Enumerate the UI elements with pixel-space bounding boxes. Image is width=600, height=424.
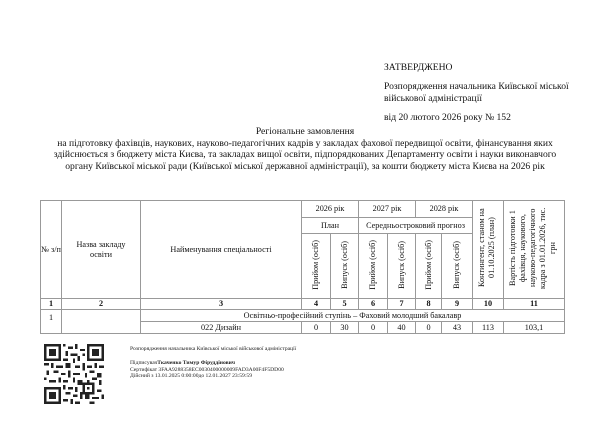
- col-num: 8: [416, 299, 442, 310]
- header-year-2027: 2027 рік: [359, 201, 416, 218]
- approval-date: від 20 лютого 2026 року № 152: [384, 112, 594, 123]
- header-forecast: Середньостроковий прогноз: [359, 218, 473, 234]
- document-title: Регіональне замовлення на підготовку фах…: [40, 126, 570, 172]
- header-graduation-2028: Випуск (осіб): [442, 234, 473, 299]
- qr-code-icon: [44, 344, 104, 404]
- col-num: 9: [442, 299, 473, 310]
- approval-order: Розпорядження начальника Київської міськ…: [384, 81, 594, 104]
- col-num: 6: [359, 299, 388, 310]
- row-section: Освітньо-професійний ступінь – Фаховий м…: [141, 310, 565, 322]
- header-contingent-label: Контингент, станом на 01.10.2025 (план): [477, 201, 499, 295]
- table-row: 1 Освітньо-професійний ступінь – Фаховий…: [41, 310, 565, 322]
- header-num: № з/п: [41, 201, 62, 299]
- col-num: 1: [41, 299, 62, 310]
- approval-block: ЗАТВЕРДЖЕНО Розпорядження начальника Киї…: [384, 62, 594, 124]
- header-contingent: Контингент, станом на 01.10.2025 (план): [473, 201, 504, 299]
- header-graduation-2026: Випуск (осіб): [331, 234, 359, 299]
- cell-contingent: 113: [473, 322, 504, 334]
- row-num: 1: [41, 310, 62, 334]
- col-num: 4: [302, 299, 331, 310]
- cell-intake-2026: 0: [302, 322, 331, 334]
- header-institution: Назва закладу освіти: [62, 201, 141, 299]
- header-intake-2026: Прийом (осіб): [302, 234, 331, 299]
- cell-intake-2027: 0: [359, 322, 388, 334]
- col-num: 11: [504, 299, 565, 310]
- cell-cost: 103,1: [504, 322, 565, 334]
- col-num: 3: [141, 299, 302, 310]
- title-heading: Регіональне замовлення: [40, 126, 570, 138]
- signer-label: Підписувач: [130, 360, 157, 366]
- col-num: 2: [62, 299, 141, 310]
- signer-name: Ткаченко Тимур Фіруддінович: [157, 360, 235, 366]
- header-cost-label: Вартість підготовки 1 фахівця, наукового…: [508, 201, 560, 295]
- header-intake-2027: Прийом (осіб): [359, 234, 388, 299]
- header-year-2028: 2028 рік: [416, 201, 473, 218]
- cell-graduation-2028: 43: [442, 322, 473, 334]
- qr-code: [44, 344, 104, 404]
- header-year-2026: 2026 рік: [302, 201, 359, 218]
- signature-order: Розпорядження начальника Київської міськ…: [130, 346, 296, 352]
- header-graduation-2027: Випуск (осіб): [388, 234, 416, 299]
- row-institution: [62, 310, 141, 334]
- order-table: № з/п Назва закладу освіти Найменування …: [40, 200, 565, 334]
- signature-block: Розпорядження начальника Київської міськ…: [130, 346, 296, 380]
- cell-intake-2028: 0: [416, 322, 442, 334]
- col-num: 5: [331, 299, 359, 310]
- row-specialty: 022 Дизайн: [141, 322, 302, 334]
- header-plan: План: [302, 218, 359, 234]
- approval-stamp: ЗАТВЕРДЖЕНО: [384, 62, 594, 73]
- header-cost: Вартість підготовки 1 фахівця, наукового…: [504, 201, 565, 299]
- column-numbers-row: 1 2 3 4 5 6 7 8 9 10 11: [41, 299, 565, 310]
- signature-validity: Дійсний з 13.01.2025 0:00:00до 12.01.202…: [130, 373, 296, 379]
- header-specialty: Найменування спеціальності: [141, 201, 302, 299]
- cell-graduation-2026: 30: [331, 322, 359, 334]
- col-num: 7: [388, 299, 416, 310]
- cell-graduation-2027: 40: [388, 322, 416, 334]
- header-intake-2028: Прийом (осіб): [416, 234, 442, 299]
- col-num: 10: [473, 299, 504, 310]
- title-description: на підготовку фахівців, наукових, науков…: [40, 138, 570, 173]
